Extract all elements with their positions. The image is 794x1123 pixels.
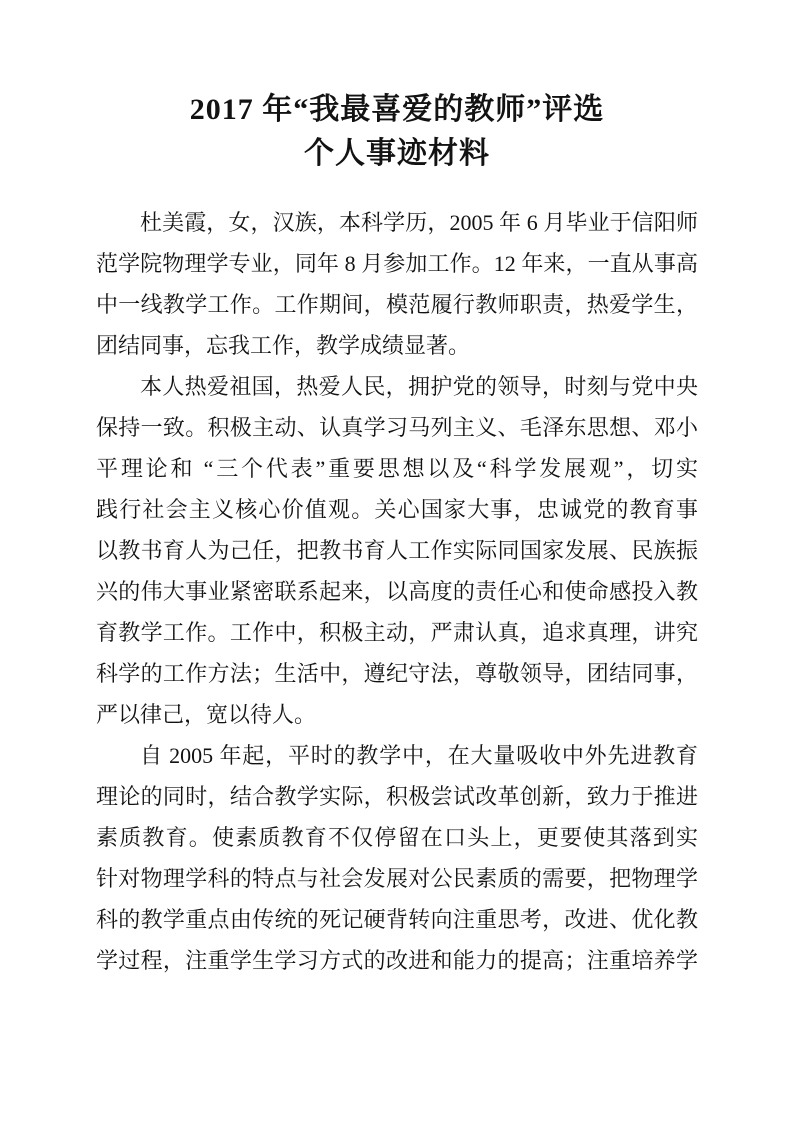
text-line: 践行社会主义核心价值观。关心国家大事，忠诚党的教育事业， [96,489,698,530]
text-line: 以教书育人为己任，把教书育人工作实际同国家发展、民族振 [96,530,698,571]
title-line-2: 个人事迹材料 [96,132,698,176]
text-line: 兴的伟大事业紧密联系起来，以高度的责任心和使命感投入教 [96,571,698,612]
document-body: 杜美霞，女，汉族，本科学历，2005 年 6 月毕业于信阳师范学院物理学专业，同… [96,202,698,981]
text-line: 育教学工作。工作中，积极主动，严肃认真，追求真理，讲究 [96,612,698,653]
title-line-1: 2017 年“我最喜爱的教师”评选 [96,88,698,132]
document-page: 2017 年“我最喜爱的教师”评选 个人事迹材料 杜美霞，女，汉族，本科学历，2… [0,0,794,1123]
text-line: 团结同事，忘我工作，教学成绩显著。 [96,325,698,366]
document-title: 2017 年“我最喜爱的教师”评选 个人事迹材料 [96,88,698,176]
text-line: 本人热爱祖国，热爱人民，拥护党的领导，时刻与党中央 [96,366,698,407]
text-line: 平理论和 “三个代表”重要思想以及“科学发展观”，切实 [96,448,698,489]
text-line: 自 2005 年起，平时的教学中，在大量吸收中外先进教育 [96,735,698,776]
text-line: 科学的工作方法；生活中，遵纪守法，尊敬领导，团结同事， [96,653,698,694]
paragraph: 本人热爱祖国，热爱人民，拥护党的领导，时刻与党中央保持一致。积极主动、认真学习马… [96,366,698,735]
text-line: 保持一致。积极主动、认真学习马列主义、毛泽东思想、邓小 [96,407,698,448]
paragraph: 自 2005 年起，平时的教学中，在大量吸收中外先进教育理论的同时，结合教学实际… [96,735,698,981]
text-line: 科的教学重点由传统的死记硬背转向注重思考，改进、优化教 [96,899,698,940]
text-line: 严以律己，宽以待人。 [96,694,698,735]
text-line: 杜美霞，女，汉族，本科学历，2005 年 6 月毕业于信阳师 [96,202,698,243]
text-line: 理论的同时，结合教学实际，积极尝试改革创新，致力于推进 [96,776,698,817]
text-line: 范学院物理学专业，同年 8 月参加工作。12 年来，一直从事高 [96,243,698,284]
text-line: 中一线教学工作。工作期间，模范履行教师职责，热爱学生， [96,284,698,325]
paragraph: 杜美霞，女，汉族，本科学历，2005 年 6 月毕业于信阳师范学院物理学专业，同… [96,202,698,366]
text-line: 针对物理学科的特点与社会发展对公民素质的需要，把物理学 [96,858,698,899]
text-line: 素质教育。使素质教育不仅停留在口头上，更要使其落到实处。 [96,817,698,858]
text-line: 学过程，注重学生学习方式的改进和能力的提高；注重培养学 [96,940,698,981]
